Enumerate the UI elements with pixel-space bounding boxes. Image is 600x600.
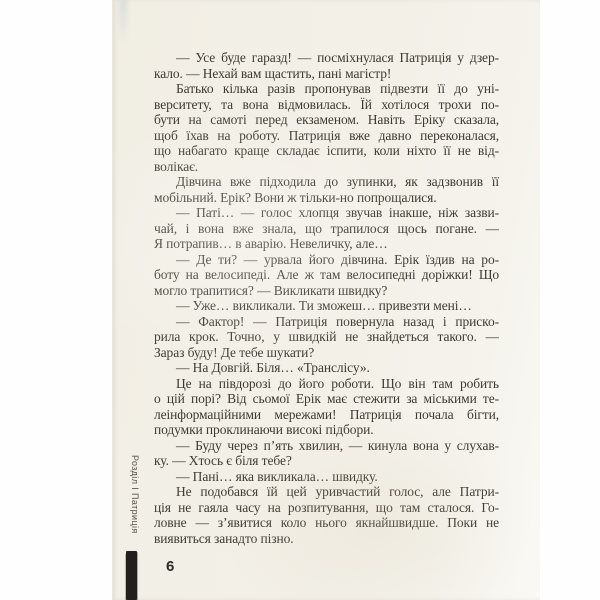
text-line: Я потрапив… в аварію. Невеличку, але…: [154, 236, 499, 252]
text-line: Це на півдорозі до його роботи. Що він т…: [154, 376, 499, 392]
scanned-book-page-view: — Усе буде гаразд! — посміхнулася Патриц…: [0, 0, 600, 600]
text-line: верситету, та вона відмовилась. Їй хотіл…: [154, 97, 499, 113]
text-line: Дівчина вже підходила до зупинки, як зад…: [154, 174, 499, 190]
text-line: — Пані… яка викликала… швидку.: [154, 469, 499, 485]
text-line: — Усе буде гаразд! — посміхнулася Патриц…: [154, 50, 499, 66]
text-line: кало. — Нехай вам щастить, пані магістр!: [154, 66, 499, 82]
text-line: мобільний. Ерік? Вони ж тільки-но попрощ…: [154, 190, 499, 206]
text-line: ція не гаяла часу на розпитування, що та…: [154, 500, 499, 516]
chapter-thumb-tab-icon: [126, 551, 137, 600]
text-line: подумки проклинаючи високі підбори.: [154, 422, 499, 438]
chapter-sidebar-label: Розділ I Патриція: [130, 455, 140, 547]
text-line: рила крок. Точно, у швидкій не знайдетьс…: [154, 329, 499, 345]
text-line: Не подобався їй цей уривчастий голос, ал…: [154, 484, 499, 500]
text-line: Зараз буду! Де тебе шукати?: [154, 345, 499, 361]
text-line: щоб їхав на роботу. Патриція вже давно п…: [154, 128, 499, 144]
text-line: могло трапитися? — Викликати швидку?: [154, 283, 499, 299]
text-line: — На Довгій. Біля… «Транслісу».: [154, 360, 499, 376]
text-line: бути на самоті перед екзаменом. Навіть Е…: [154, 112, 499, 128]
text-line: ловне — з’явитися коло нього якнайшвидше…: [154, 515, 499, 531]
text-line: що набагато краще складає іспити, коли н…: [154, 143, 499, 159]
body-text: — Усе буде гаразд! — посміхнулася Патриц…: [154, 50, 499, 546]
text-line: — Фактор! — Патриція повернула назад і п…: [154, 314, 499, 330]
text-line: чай, і вона вже знала, що трапилося щось…: [154, 221, 499, 237]
text-line: о цій порі? Від сьомої Ерік має стежити …: [154, 391, 499, 407]
text-line: виявиться занадто пізно.: [154, 531, 499, 547]
text-line: — Паті… — голос хлопця звучав інакше, ні…: [154, 205, 499, 221]
text-line: волікає.: [154, 159, 499, 175]
text-line: — Де ти? — урвала його дівчина. Ерік їзд…: [154, 252, 499, 268]
page-number: 6: [166, 558, 174, 575]
book-page: — Усе буде гаразд! — посміхнулася Патриц…: [112, 0, 540, 600]
text-line: боту на велосипеді. Але ж там велосипедн…: [154, 267, 499, 283]
text-line: леінформаційними мережами! Патриція поча…: [154, 407, 499, 423]
text-line: Батько кілька разів пропонував підвезти …: [154, 81, 499, 97]
text-line: ку. — Хтось є біля тебе?: [154, 453, 499, 469]
text-line: — Буду через п’ять хвилин, — кинула вона…: [154, 438, 499, 454]
text-line: — Уже… викликали. Ти зможеш… привезти ме…: [154, 298, 499, 314]
paper-smudge: [119, 0, 127, 44]
